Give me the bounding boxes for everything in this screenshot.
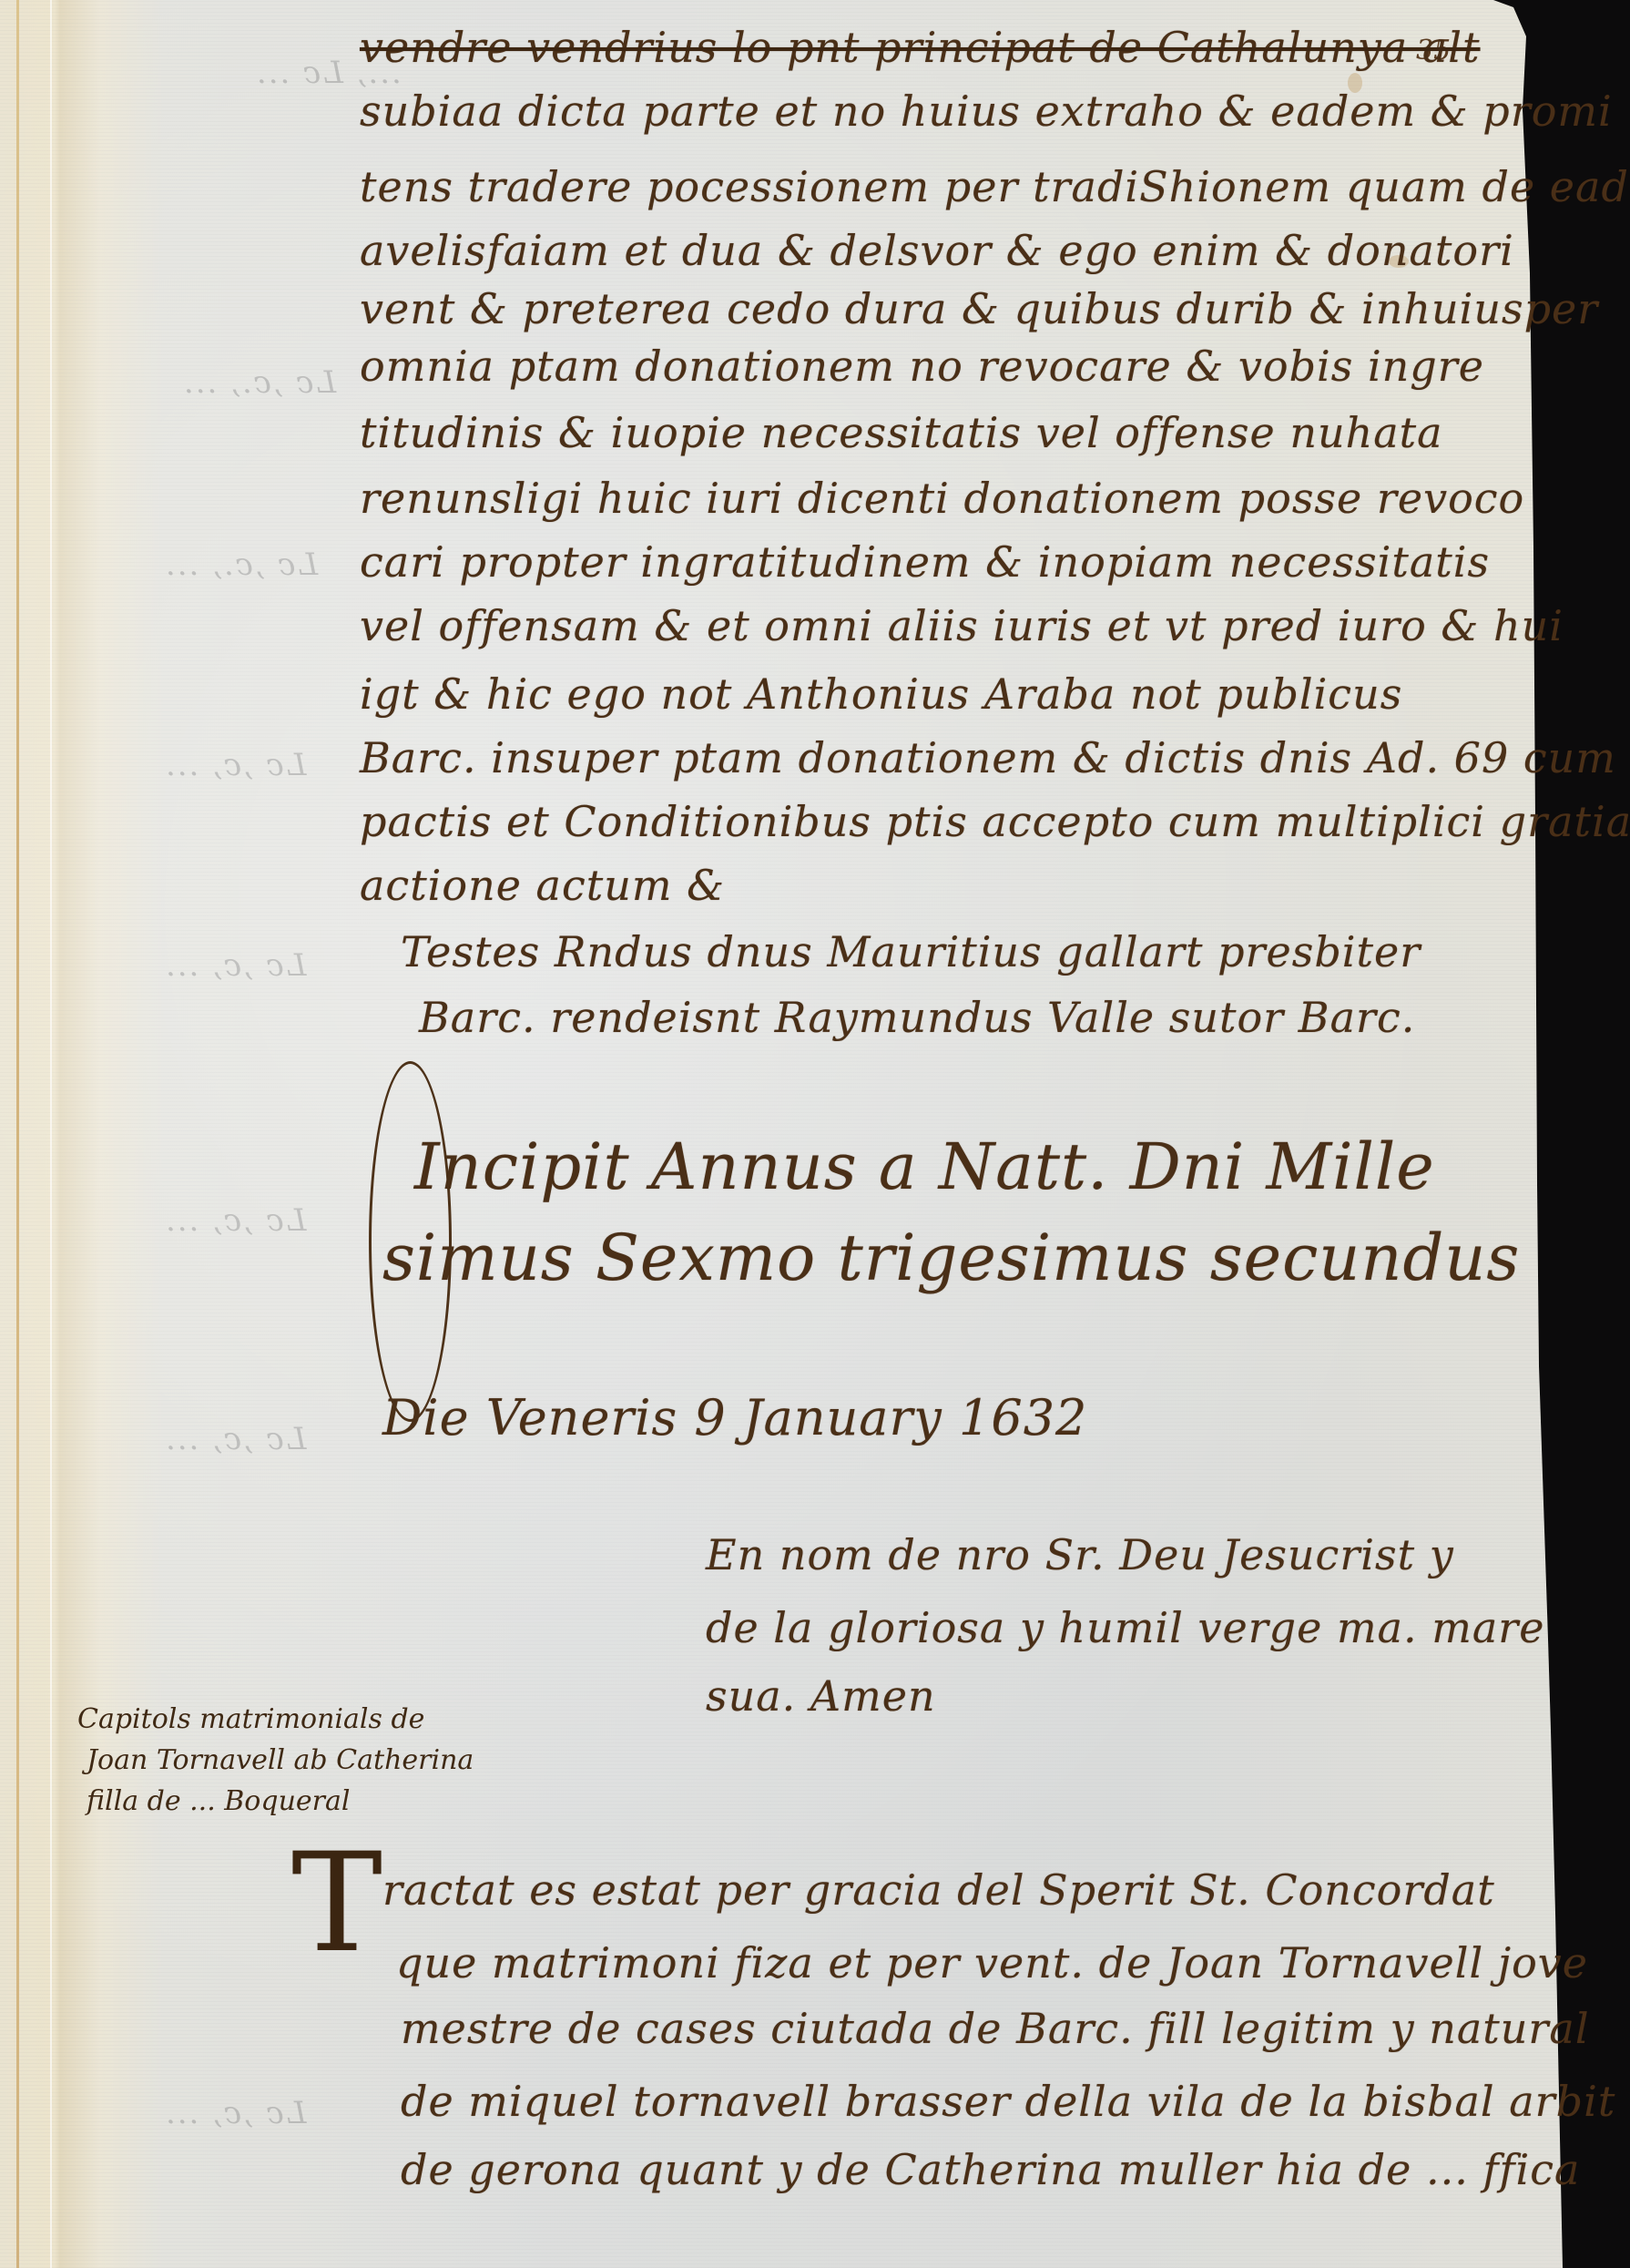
bleedthrough-text: Lc ,c., ... bbox=[164, 547, 318, 583]
body-line: avelisfaiam et dua & delsvor & ego enim … bbox=[360, 226, 1514, 275]
margin-heading-line: Joan Tornavell ab Catherina bbox=[87, 1744, 474, 1776]
bleedthrough-text: Lc ,c, ... bbox=[164, 747, 306, 783]
binding-gutter-stain bbox=[16, 0, 19, 2268]
body-line: vent & preterea cedo dura & quibus durib… bbox=[360, 284, 1598, 333]
contract-line: de miquel tornavell brasser della vila d… bbox=[401, 2077, 1615, 2126]
contract-line: de gerona quant y de Catherina muller hi… bbox=[401, 2145, 1580, 2194]
body-line: subiaa dicta parte et no huius extraho &… bbox=[360, 87, 1613, 136]
body-line: renunsligi huic iuri dicenti donationem … bbox=[360, 474, 1524, 523]
body-line: omnia ptam donationem no revocare & vobi… bbox=[360, 342, 1484, 391]
body-line: Barc. insuper ptam donationem & dictis d… bbox=[360, 733, 1616, 782]
contract-line: mestre de cases ciutada de Barc. fill le… bbox=[401, 2004, 1590, 2053]
body-line: pactis et Conditionibus ptis accepto cum… bbox=[360, 797, 1630, 846]
bleedthrough-text: Lc ,c, ... bbox=[164, 1421, 306, 1457]
body-line: cari propter ingratitudinem & inopiam ne… bbox=[360, 537, 1490, 587]
body-line: actione actum & bbox=[360, 861, 725, 910]
invocation-line: sua. Amen bbox=[706, 1671, 936, 1721]
bleedthrough-text: Lc ,c, ... bbox=[164, 1202, 306, 1239]
date-line: Die Veneris 9 January 1632 bbox=[382, 1389, 1087, 1446]
body-line: igt & hic ego not Anthonius Araba not pu… bbox=[360, 669, 1402, 719]
body-line: titudinis & iuopie necessitatis vel offe… bbox=[360, 408, 1443, 457]
struck-line: vendre vendrius lo pnt principat de Cath… bbox=[360, 23, 1480, 72]
margin-heading-line: Capitols matrimonials de bbox=[77, 1703, 424, 1735]
witness-line: Barc. rendeisnt Raymundus Valle sutor Ba… bbox=[419, 993, 1415, 1042]
contract-line: ractat es estat per gracia del Sperit St… bbox=[382, 1865, 1495, 1915]
year-heading-line: Incipit Annus a Natt. Dni Mille bbox=[414, 1129, 1435, 1204]
decorated-initial: T bbox=[291, 1835, 382, 1972]
invocation-line: de la gloriosa y humil verge ma. mare bbox=[706, 1603, 1545, 1652]
bleedthrough-text: Lc ,c, ... bbox=[164, 2095, 306, 2131]
manuscript-page-view: ..., Lc ... Lc ,c., ... Lc ,c., ... Lc ,… bbox=[0, 0, 1630, 2268]
binding-fold bbox=[50, 0, 52, 2268]
bleedthrough-text: Lc ,c., ... bbox=[182, 364, 336, 401]
body-line: tens tradere pocessionem per tradiShione… bbox=[360, 162, 1630, 211]
invocation-line: En nom de nro Sr. Deu Jesucrist y bbox=[706, 1530, 1454, 1579]
contract-line: que matrimoni fiza et per vent. de Joan … bbox=[396, 1938, 1588, 1987]
bleedthrough-text: Lc ,c, ... bbox=[164, 947, 306, 984]
year-heading-line: simus Sexmo trigesimus secundus bbox=[382, 1221, 1520, 1295]
body-line: vel offensam & et omni aliis iuris et vt… bbox=[360, 601, 1564, 650]
witness-line: Testes Rndus dnus Mauritius gallart pres… bbox=[401, 927, 1421, 976]
margin-heading-line: filla de ... Boqueral bbox=[87, 1785, 350, 1817]
